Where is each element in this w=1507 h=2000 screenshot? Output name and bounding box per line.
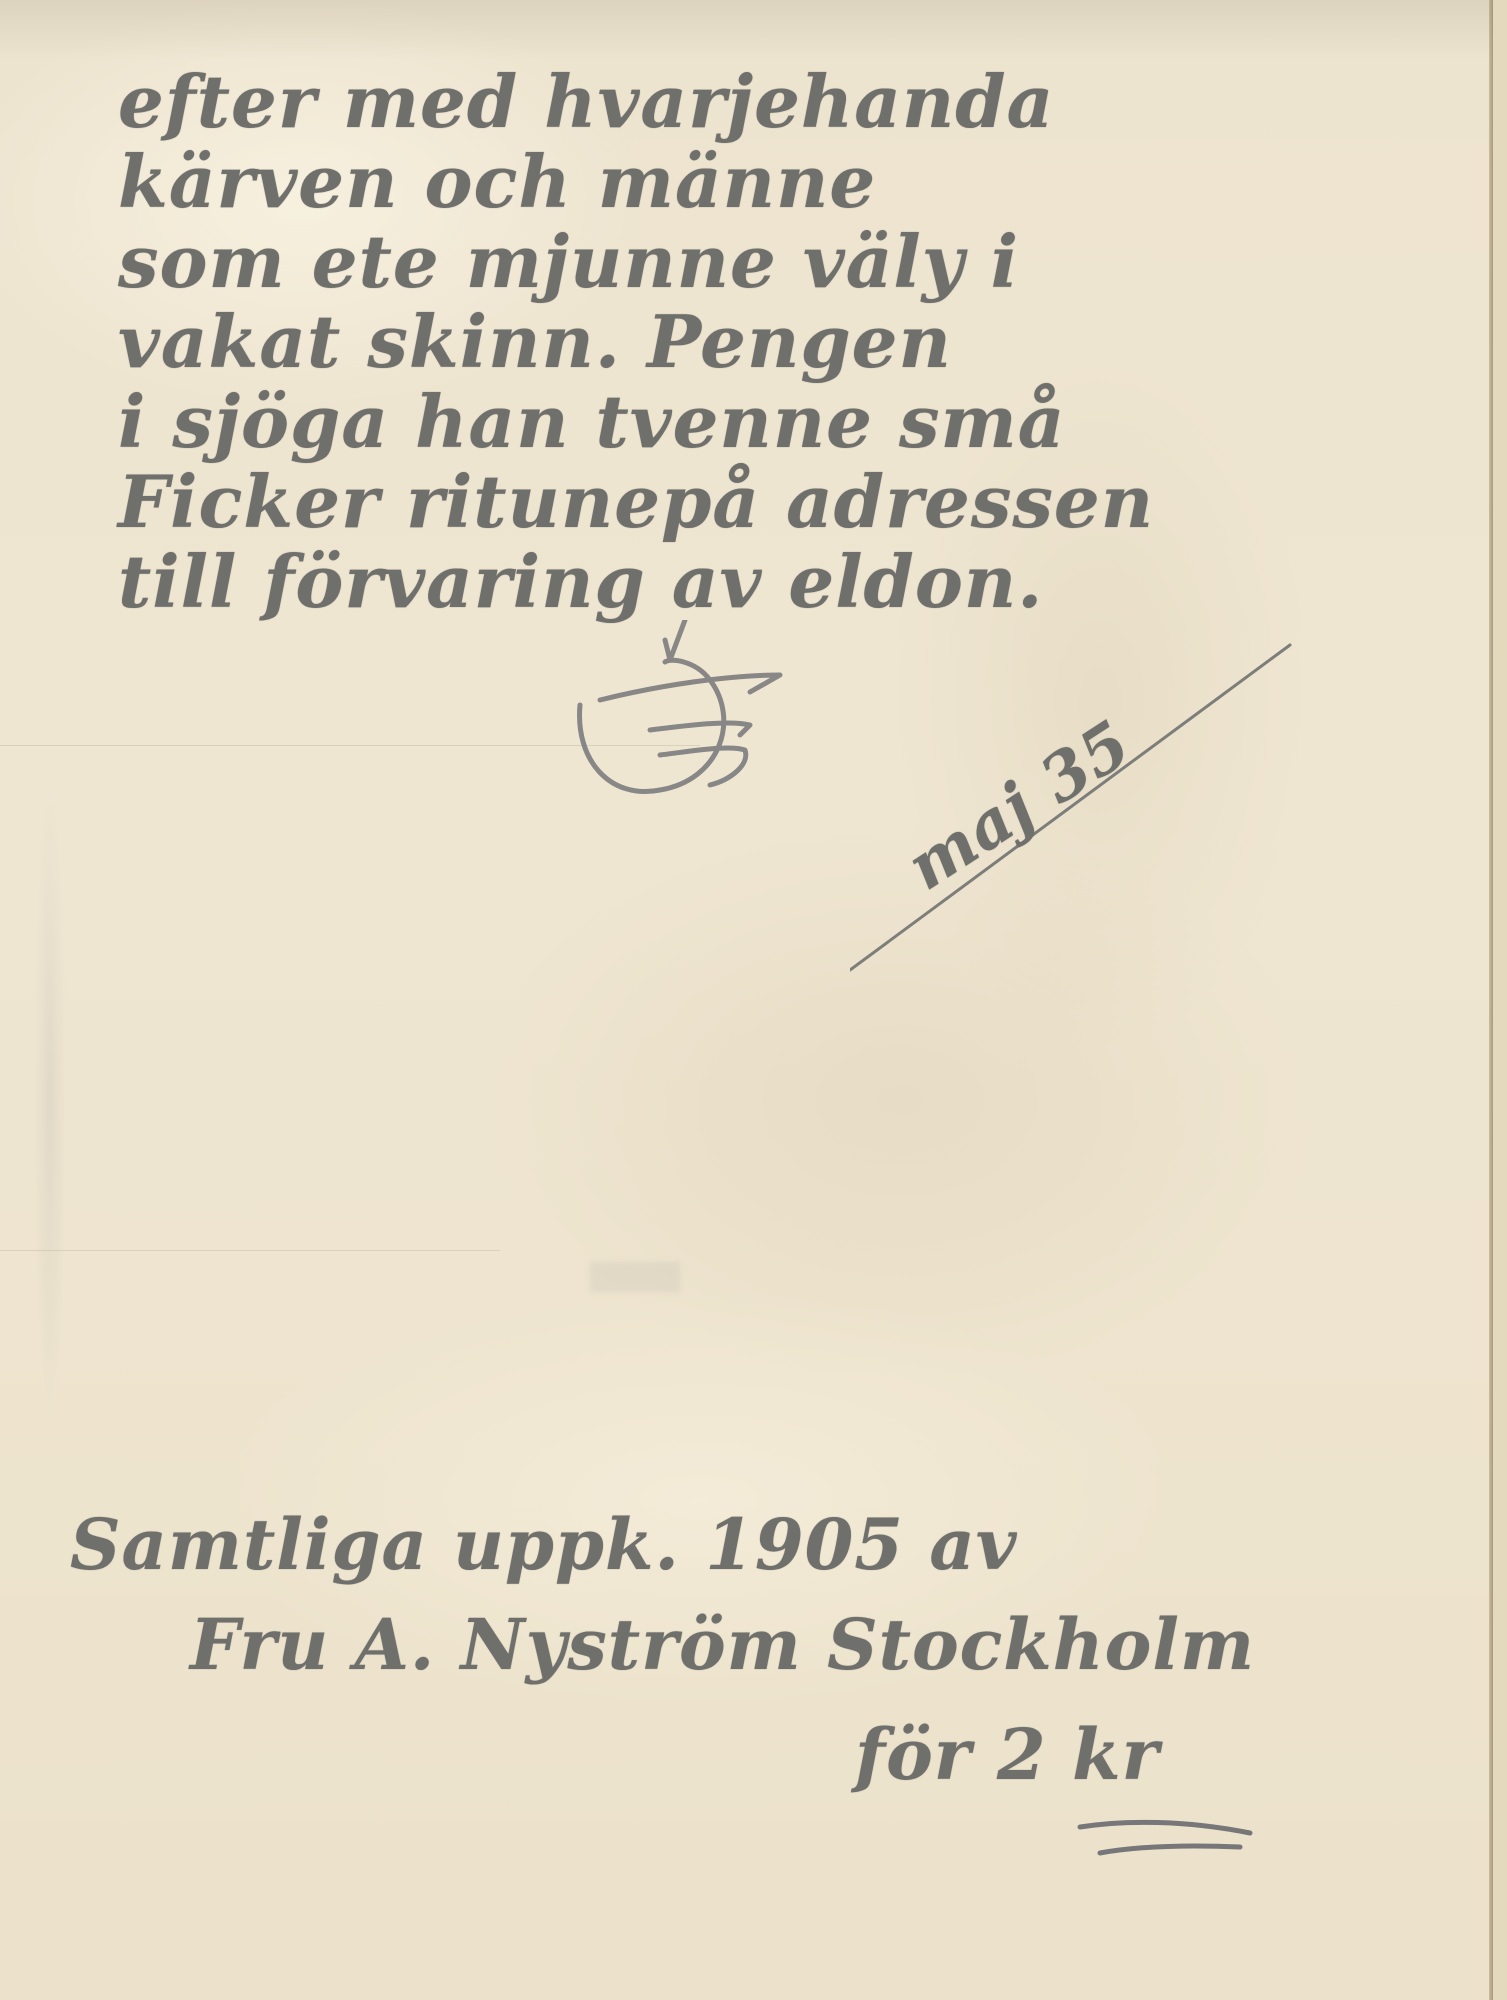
faint-show-through-stamp bbox=[590, 1262, 680, 1292]
provenance-note-line: för 2 kr bbox=[855, 1710, 1160, 1800]
monogram-signature-icon bbox=[570, 620, 870, 800]
body-line: Ficker ritunepå adressen bbox=[118, 462, 1154, 542]
provenance-note-line: Fru A. Nyström Stockholm bbox=[190, 1600, 1255, 1690]
body-line: kärven och männe bbox=[118, 142, 1154, 222]
handwritten-body: efter med hvarjehanda kärven och männe s… bbox=[118, 62, 1154, 622]
body-line: efter med hvarjehanda bbox=[118, 62, 1154, 142]
provenance-note-line: Samtliga uppk. 1905 av bbox=[70, 1500, 1017, 1590]
right-page-edge bbox=[1489, 0, 1493, 2000]
body-line: till förvaring av eldon. bbox=[118, 542, 1154, 622]
top-shadow bbox=[0, 0, 1507, 60]
body-line: vakat skinn. Pengen bbox=[118, 302, 1154, 382]
paper-crease bbox=[0, 1250, 500, 1251]
body-line: i sjöga han tvenne små bbox=[118, 382, 1154, 462]
body-line: som ete mjunne väly i bbox=[118, 222, 1154, 302]
left-stain bbox=[25, 700, 75, 1500]
scanned-page: efter med hvarjehanda kärven och männe s… bbox=[0, 0, 1507, 2000]
double-underline bbox=[1075, 1815, 1255, 1865]
right-page-margin bbox=[1493, 0, 1507, 2000]
